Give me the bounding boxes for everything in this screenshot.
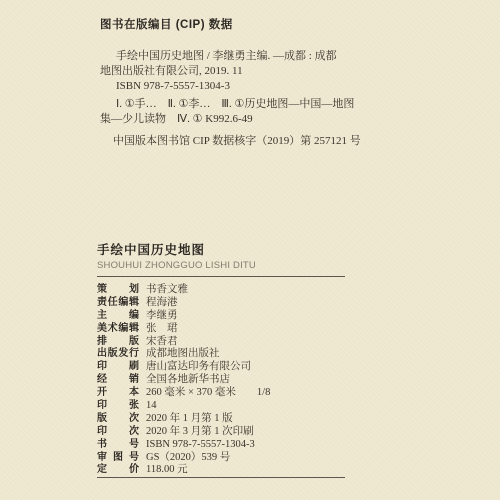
cip-line: 手绘中国历史地图 / 李继勇主编. —成都 : 成都 [100, 49, 400, 64]
colophon-row: 责任编辑 程海港 [97, 293, 377, 306]
bottom-divider [97, 477, 345, 478]
cip-line: 集—少儿读物 Ⅳ. ① K992.6-49 [100, 112, 400, 127]
cip-section: 图书在版编目 (CIP) 数据 手绘中国历史地图 / 李继勇主编. —成都 : … [100, 18, 400, 149]
colophon-row: 版次 2020 年 1 月第 1 版 [97, 409, 377, 422]
colophon-row: 策划 书香文雅 [97, 280, 377, 293]
colophon-label: 定价 [97, 460, 139, 475]
colophon-row: 印刷 唐山富达印务有限公司 [97, 357, 377, 370]
colophon-row: 排版 宋香君 [97, 332, 377, 345]
cip-record-number: 中国版本图书馆 CIP 数据核字（2019）第 257121 号 [100, 134, 400, 149]
cip-line: Ⅰ. ①手… Ⅱ. ①李… Ⅲ. ①历史地图—中国—地图 [100, 97, 400, 112]
cip-line: 地图出版社有限公司, 2019. 11 [100, 64, 400, 79]
book-title-pinyin: SHOUHUI ZHONGGUO LISHI DITU [97, 260, 345, 271]
colophon-row: 开本 260 毫米 × 370 毫米 1/8 [97, 383, 377, 396]
colophon-row: 美术编辑 张 珺 [97, 319, 377, 332]
title-divider [97, 276, 345, 277]
colophon-value: 2020 年 3 月第 1 次印刷 [146, 423, 254, 438]
colophon-value: 260 毫米 × 370 毫米 1/8 [146, 384, 270, 399]
book-title: 手绘中国历史地图 [97, 243, 345, 257]
cip-header: 图书在版编目 (CIP) 数据 [100, 18, 400, 32]
colophon-value: 118.00 元 [146, 461, 188, 476]
cip-line: ISBN 978-7-5557-1304-3 [100, 79, 400, 94]
title-block: 手绘中国历史地图 SHOUHUI ZHONGGUO LISHI DITU [97, 243, 345, 277]
colophon-row: 印次 2020 年 3 月第 1 次印刷 [97, 422, 377, 435]
colophon: 策划 书香文雅 责任编辑 程海港 主编 李继勇 美术编辑 张 珺 排版 宋香君 … [97, 280, 377, 473]
colophon-row: 出版发行 成都地图出版社 [97, 344, 377, 357]
copyright-page: 图书在版编目 (CIP) 数据 手绘中国历史地图 / 李继勇主编. —成都 : … [0, 0, 500, 500]
colophon-row: 定价 118.00 元 [97, 460, 377, 473]
colophon-row: 主编 李继勇 [97, 306, 377, 319]
